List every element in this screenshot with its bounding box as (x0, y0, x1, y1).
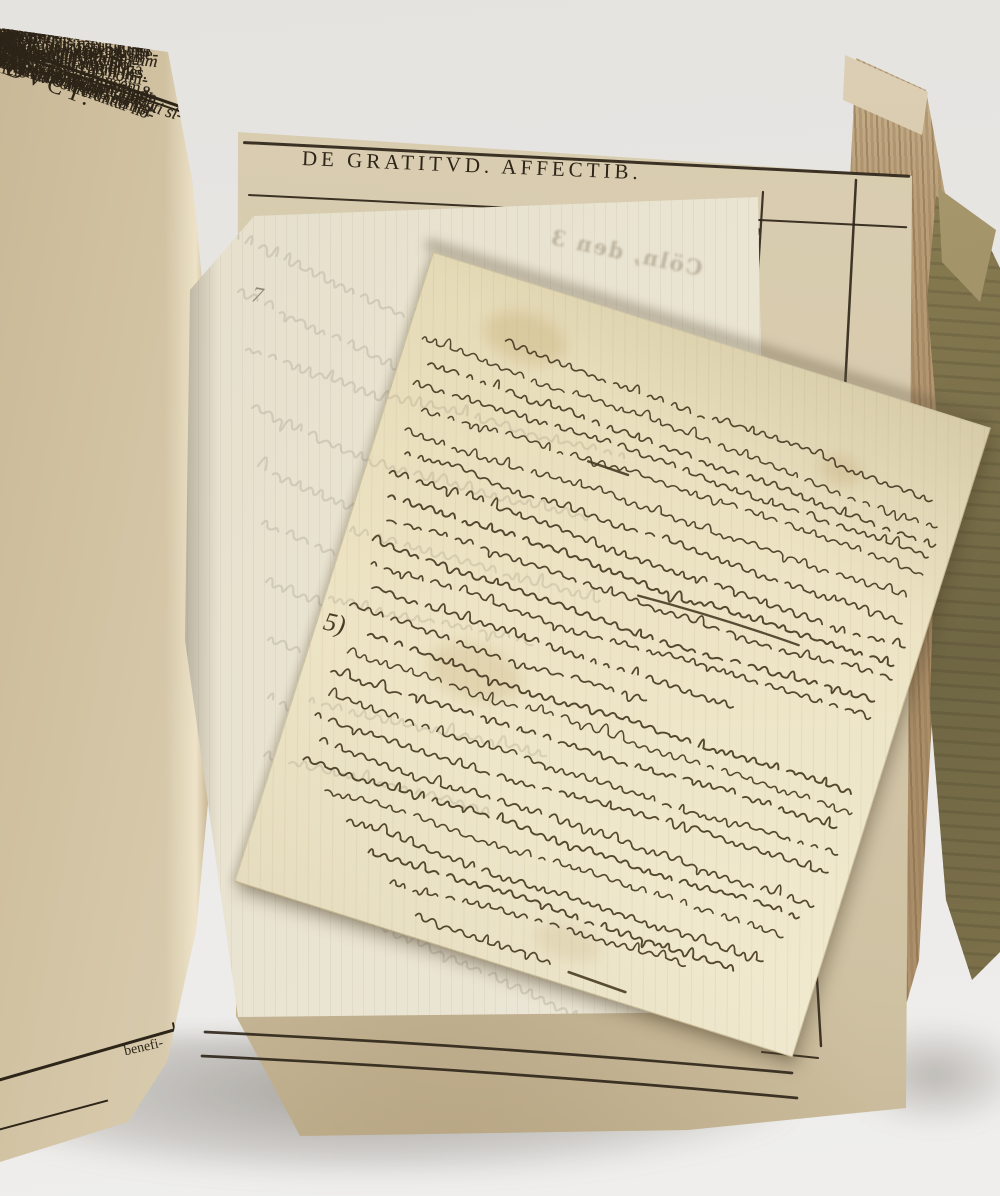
left-bottom-rule-1 (0, 1025, 187, 1083)
photo-open-book-with-manuscript-notes: DE GRATITVD. AFFECTIB. u-innte TRODVCT. … (0, 0, 1000, 1196)
catchword: benefi- (123, 1036, 165, 1061)
catchword-box-rule (172, 1022, 182, 1062)
left-bottom-rule-2 (0, 1100, 108, 1133)
